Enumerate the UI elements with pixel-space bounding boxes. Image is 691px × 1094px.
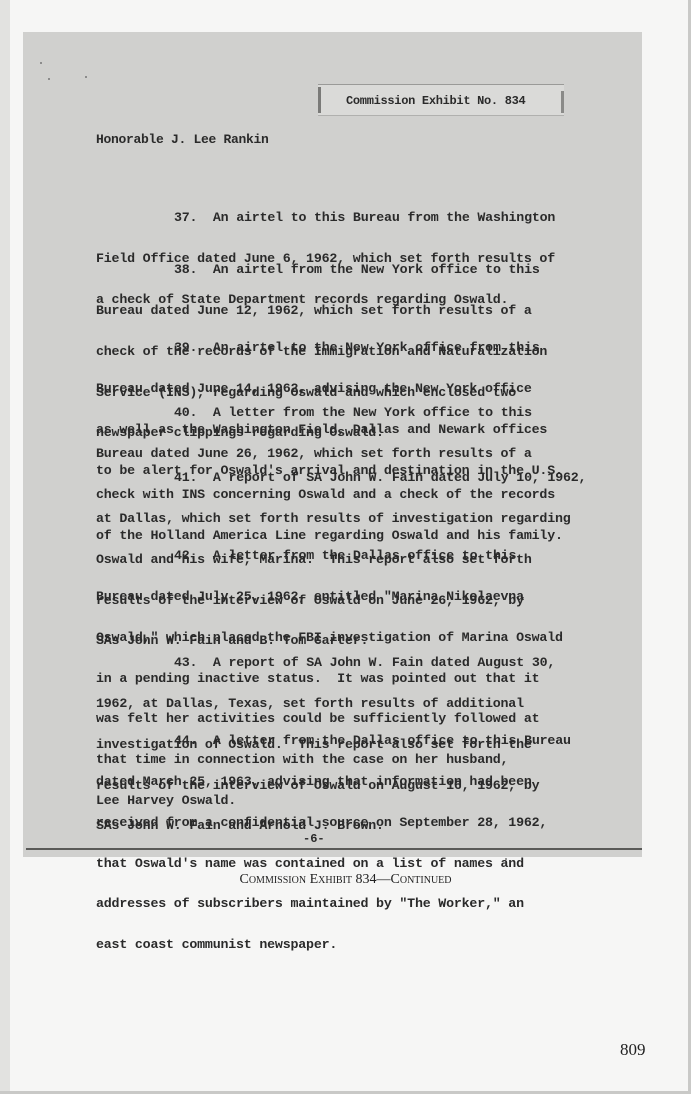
- paragraph-line: 40. A letter from the New York office to…: [96, 406, 596, 420]
- folio-page-number: 809: [620, 1040, 646, 1060]
- page-marker: -6-: [303, 832, 325, 846]
- label-right-bar: [561, 91, 564, 113]
- exhibit-label-text: Commission Exhibit No. 834: [346, 94, 525, 108]
- paragraph-line: east coast communist newspaper.: [96, 938, 596, 952]
- paragraph-line: 44. A letter from the Dallas office to t…: [96, 734, 596, 748]
- scan-speck: [48, 78, 50, 80]
- paragraph-line: 39. An airtel to the New York office fro…: [96, 341, 596, 355]
- scan-left-edge: [0, 0, 10, 1094]
- bottom-rule: [26, 848, 642, 850]
- paragraph-line: dated March 25, 1963, advising that info…: [96, 775, 596, 789]
- paragraph-line: addresses of subscribers maintained by "…: [96, 897, 596, 911]
- exhibit-caption: Commission Exhibit 834—Continued: [0, 872, 691, 888]
- addressee: Honorable J. Lee Rankin: [96, 132, 269, 147]
- paragraph-line: 42. A letter from the Dallas office to t…: [96, 549, 596, 563]
- paragraph-line: 43. A report of SA John W. Fain dated Au…: [96, 656, 596, 670]
- paragraph-line: 41. A report of SA John W. Fain dated Ju…: [96, 471, 596, 485]
- paragraph-line: that Oswald's name was contained on a li…: [96, 857, 596, 871]
- scan-speck: [85, 76, 87, 78]
- exhibit-label-stamp: Commission Exhibit No. 834: [318, 84, 564, 116]
- paragraph-line: received from a confidential source on S…: [96, 816, 596, 830]
- scan-speck: [40, 62, 42, 64]
- paragraph-line: Bureau dated July 25, 1962, entitled "Ma…: [96, 590, 596, 604]
- paragraph-line: 37. An airtel to this Bureau from the Wa…: [96, 211, 596, 225]
- paragraph-44: 44. A letter from the Dallas office to t…: [96, 707, 596, 965]
- paragraph-line: 38. An airtel from the New York office t…: [96, 263, 596, 277]
- label-left-bar: [318, 87, 321, 113]
